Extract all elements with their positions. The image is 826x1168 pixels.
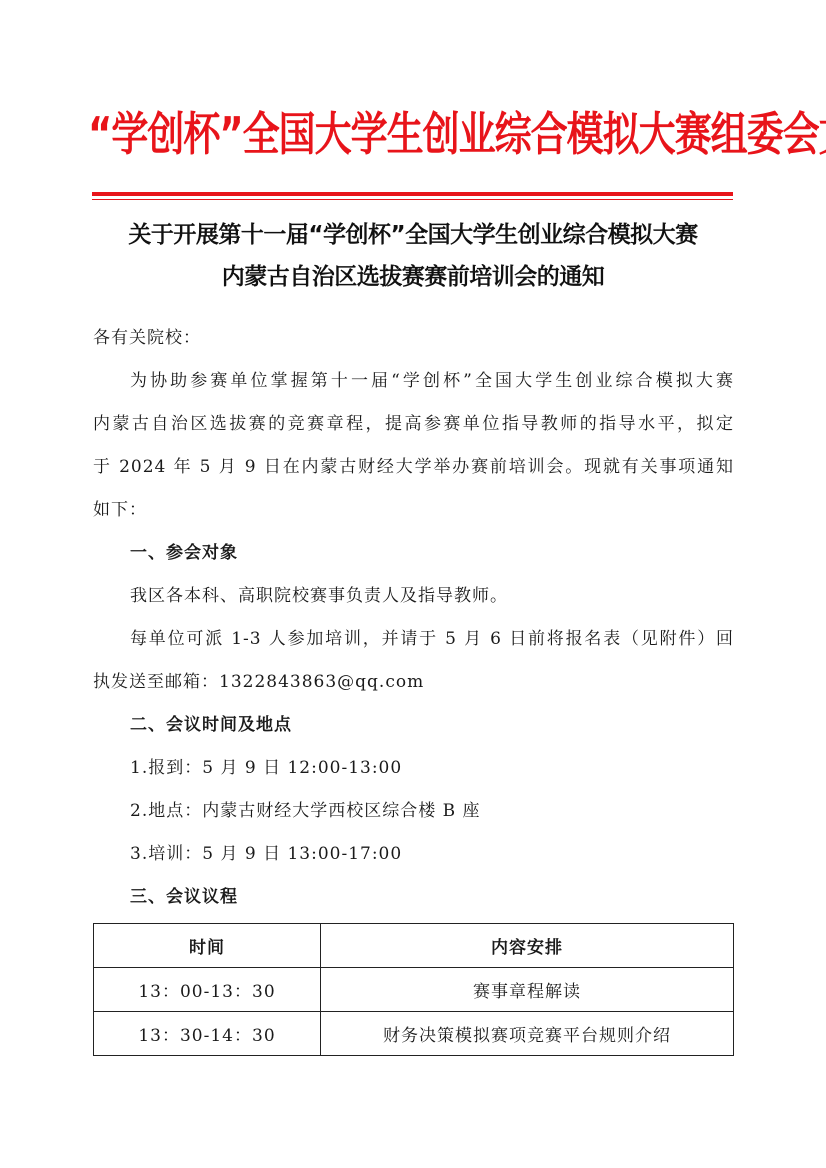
agenda-cell-time: 13：30-14：30: [94, 1012, 321, 1056]
document-page: “学创杯”全国大学生创业综合模拟大赛组委会文件 关于开展第十一届“学创杯”全国大…: [0, 0, 826, 1168]
agenda-header-time: 时间: [94, 924, 321, 968]
table-row: 13：30-14：30 财务决策模拟赛项竞赛平台规则介绍: [94, 1012, 734, 1056]
intro-line-4: 如下：: [93, 498, 147, 522]
agenda-header-row: 时间 内容安排: [94, 924, 734, 968]
letterhead-rule-thin: [92, 199, 733, 200]
document-title-line1: 关于开展第十一届“学创杯”全国大学生创业综合模拟大赛: [80, 216, 746, 249]
section2-item3: 3.培训：5 月 9 日 13:00-17:00: [130, 842, 402, 866]
salutation: 各有关院校：: [93, 326, 201, 350]
intro-line-1: 为协助参赛单位掌握第十一届“学创杯”全国大学生创业综合模拟大赛: [130, 369, 734, 393]
section1-para2-line1: 每单位可派 1-3 人参加培训，并请于 5 月 6 日前将报名表（见附件）回: [130, 627, 734, 651]
intro-line-2: 内蒙古自治区选拔赛的竞赛章程，提高参赛单位指导教师的指导水平，拟定: [93, 412, 734, 436]
letterhead-title: “学创杯”全国大学生创业综合模拟大赛组委会文件: [88, 104, 738, 167]
section1-para2-line2-email: 执发送至邮箱：1322843863@qq.com: [93, 670, 424, 694]
table-row: 13：00-13：30 赛事章程解读: [94, 968, 734, 1012]
agenda-table: 时间 内容安排 13：00-13：30 赛事章程解读 13：30-14：30 财…: [93, 923, 734, 1056]
letterhead-rule-thick: [92, 192, 733, 196]
agenda-header-content: 内容安排: [321, 924, 734, 968]
section2-heading: 二、会议时间及地点: [130, 713, 292, 737]
section2-item2: 2.地点：内蒙古财经大学西校区综合楼 B 座: [130, 799, 481, 823]
section1-heading: 一、参会对象: [130, 541, 238, 565]
section2-item1: 1.报到：5 月 9 日 12:00-13:00: [130, 756, 402, 780]
agenda-cell-content: 赛事章程解读: [321, 968, 734, 1012]
intro-line-3: 于 2024 年 5 月 9 日在内蒙古财经大学举办赛前培训会。现就有关事项通知: [93, 455, 734, 479]
document-title-line2: 内蒙古自治区选拔赛赛前培训会的通知: [80, 258, 746, 291]
section3-heading: 三、会议议程: [130, 885, 238, 909]
section1-para1: 我区各本科、高职院校赛事负责人及指导教师。: [130, 584, 508, 608]
agenda-cell-time: 13：00-13：30: [94, 968, 321, 1012]
agenda-cell-content: 财务决策模拟赛项竞赛平台规则介绍: [321, 1012, 734, 1056]
